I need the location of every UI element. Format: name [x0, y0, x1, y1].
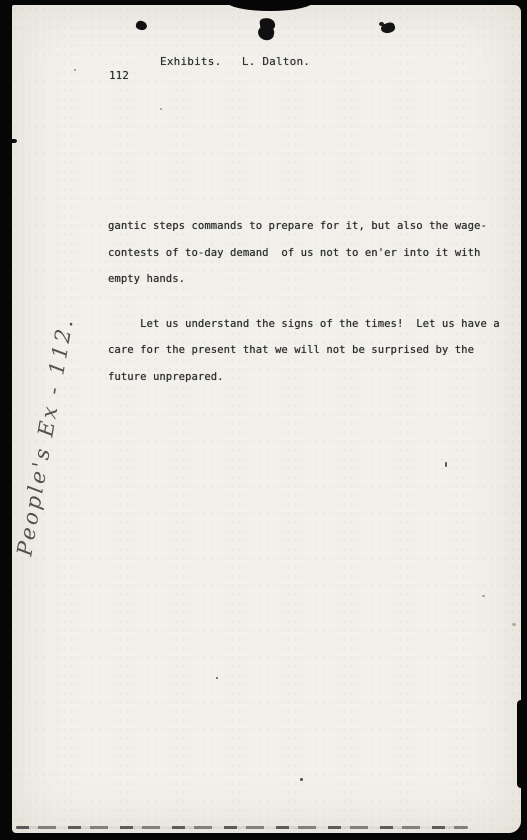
paragraph-1: gantic steps commands to prepare for it,…	[108, 213, 518, 293]
text-line: Let us understand the signs of the times…	[108, 311, 518, 338]
text-line: empty hands.	[108, 266, 518, 293]
text-line: gantic steps commands to prepare for it,…	[108, 213, 518, 240]
scan-edge-artifact	[517, 700, 522, 788]
paper-speck	[216, 677, 218, 679]
paper-speck	[160, 108, 162, 110]
paper-speck	[482, 595, 485, 597]
text-line: future unprepared.	[108, 364, 518, 391]
scanned-document: Exhibits. L. Dalton. 112 gantic steps co…	[0, 0, 527, 840]
page-number: 112	[109, 69, 129, 82]
text-line: contests of to-day demand of us not to e…	[108, 240, 518, 267]
scan-edge-artifact	[12, 139, 17, 143]
handwritten-margin-annotation: People's Ex - 112.	[12, 317, 83, 559]
exhibit-header: Exhibits. L. Dalton.	[160, 55, 310, 68]
scan-edge-smudge	[16, 826, 468, 829]
text-line: care for the present that we will not be…	[108, 337, 518, 364]
paper-speck	[445, 462, 447, 467]
document-body: gantic steps commands to prepare for it,…	[108, 213, 518, 390]
paragraph-2: Let us understand the signs of the times…	[108, 311, 518, 391]
paper-speck	[74, 69, 76, 71]
paper-speck	[300, 778, 303, 781]
paper-speck	[512, 623, 516, 626]
paper-sheet: Exhibits. L. Dalton. 112 gantic steps co…	[12, 5, 521, 833]
